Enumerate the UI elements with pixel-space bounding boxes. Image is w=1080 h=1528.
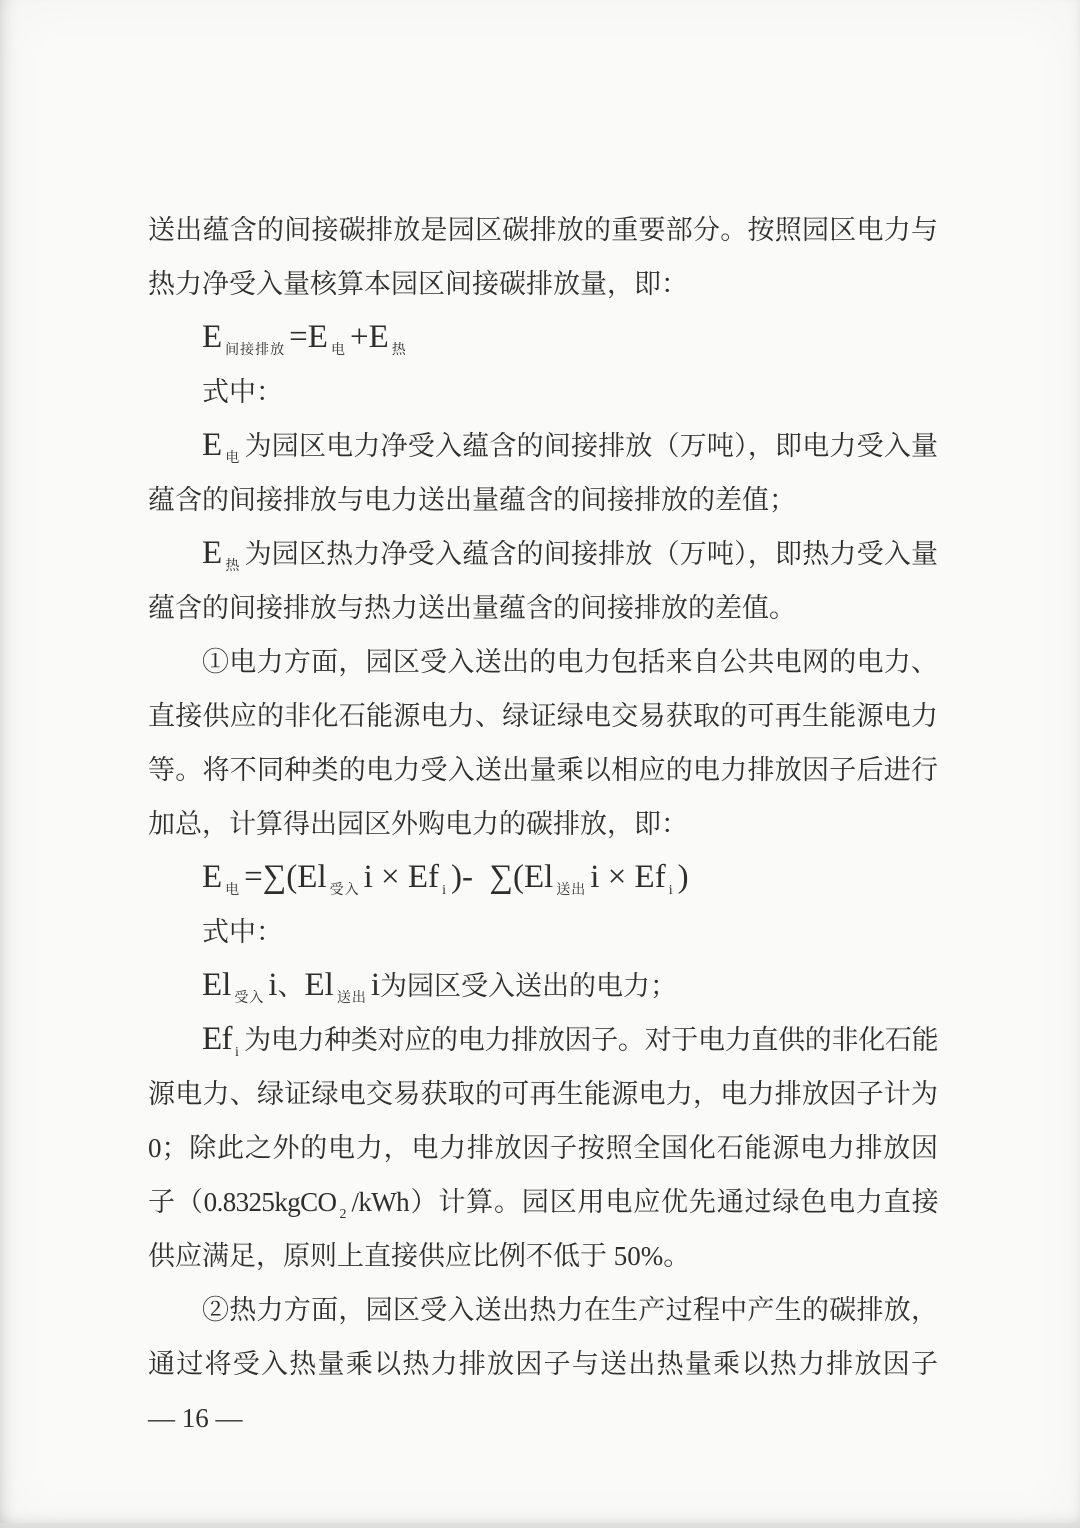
- text-run: 、: [278, 971, 305, 1001]
- subscript: 热: [225, 559, 240, 574]
- text-run: 通过将受入热量乘以热力排放因子与送出热量乘以热力排放因子: [148, 1349, 938, 1379]
- text-line: 式中：: [148, 365, 938, 419]
- page-number: — 16 —: [148, 1391, 243, 1445]
- text-line: ②热力方面，园区受入送出热力在生产过程中产生的碳排放，: [148, 1283, 938, 1337]
- text-line: Efi为电力种类对应的电力排放因子。对于电力直供的非化石能: [148, 1013, 938, 1067]
- subscript: 受入: [234, 991, 264, 1006]
- text-run: 式中：: [202, 377, 283, 407]
- subscript: 电: [331, 343, 346, 358]
- text-run: 蕴含的间接排放与热力送出量蕴含的间接排放的差值。: [148, 593, 796, 623]
- text-run: 为园区电力净受入蕴含的间接排放（万吨），即电力受入量: [245, 431, 938, 461]
- text-run: 为电力种类对应的电力排放因子。对于电力直供的非化石能: [244, 1025, 938, 1055]
- formula-symbol: El: [305, 967, 334, 1003]
- formula-line: E电=∑(El受入i × Efi)- ∑(El送出i × Efi): [148, 851, 938, 905]
- subscript: 热: [392, 343, 407, 358]
- text-run: 为园区受入送出的电力；: [380, 971, 677, 1001]
- formula-symbol: =E: [289, 319, 328, 355]
- formula-symbol: i × Ef: [590, 859, 665, 895]
- text-run: 热力净受入量核算本园区间接碳排放量，即：: [148, 269, 688, 299]
- text-run: 为园区热力净受入蕴含的间接排放（万吨），即热力受入量: [245, 539, 938, 569]
- text-block: 送出蕴含的间接碳排放是园区碳排放的重要部分。按照园区电力与热力净受入量核算本园区…: [148, 203, 938, 1391]
- text-run: /kWh）计算。园区用电应优先通过绿色电力直接: [351, 1187, 938, 1217]
- formula-symbol: Ef: [202, 1021, 232, 1057]
- formula-symbol: i: [371, 967, 380, 1003]
- text-run: 蕴含的间接排放与电力送出量蕴含的间接排放的差值；: [148, 485, 796, 515]
- formula-symbol: E: [202, 535, 222, 571]
- text-line: 送出蕴含的间接碳排放是园区碳排放的重要部分。按照园区电力与: [148, 203, 938, 257]
- text-run: ①电力方面，园区受入送出的电力包括来自公共电网的电力、: [202, 647, 938, 677]
- scan-edge-shadow: [0, 1523, 1080, 1528]
- text-line: 通过将受入热量乘以热力排放因子与送出热量乘以热力排放因子: [148, 1337, 938, 1391]
- text-run: 式中：: [202, 917, 283, 947]
- formula-symbol: E: [202, 859, 222, 895]
- text-line: E电为园区电力净受入蕴含的间接排放（万吨），即电力受入量: [148, 419, 938, 473]
- formula-symbol: i × Ef: [364, 859, 439, 895]
- text-line: 式中：: [148, 905, 938, 959]
- subscript: 间接排放: [225, 343, 285, 358]
- text-line: 供应满足，原则上直接供应比例不低于 50%。: [148, 1229, 938, 1283]
- text-line: 子（0.8325kgCO2/kWh）计算。园区用电应优先通过绿色电力直接: [148, 1175, 938, 1229]
- subscript: 送出: [337, 991, 367, 1006]
- formula-symbol: +E: [350, 319, 389, 355]
- text-line: 源电力、绿证绿电交易获取的可再生能源电力，电力排放因子计为: [148, 1067, 938, 1121]
- formula-symbol: =∑(El: [244, 859, 326, 895]
- text-run: 0；除此之外的电力，电力排放因子按照全国化石能源电力排放因: [148, 1133, 938, 1163]
- document-page: 送出蕴含的间接碳排放是园区碳排放的重要部分。按照园区电力与热力净受入量核算本园区…: [0, 0, 1080, 1528]
- text-line: 等。将不同种类的电力受入送出量乘以相应的电力排放因子后进行: [148, 743, 938, 797]
- subscript: 受入: [330, 883, 360, 898]
- formula-line: El受入i、El送出i为园区受入送出的电力；: [148, 959, 938, 1013]
- text-run: 供应满足，原则上直接供应比例不低于 50%。: [148, 1241, 690, 1271]
- text-line: 加总，计算得出园区外购电力的碳排放，即：: [148, 797, 938, 851]
- subscript: 电: [225, 451, 240, 466]
- text-line: 直接供应的非化石能源电力、绿证绿电交易获取的可再生能源电力: [148, 689, 938, 743]
- text-run: 子（0.8325kgCO: [148, 1187, 336, 1217]
- formula-symbol: ): [678, 859, 689, 895]
- text-run: 源电力、绿证绿电交易获取的可再生能源电力，电力排放因子计为: [148, 1079, 938, 1109]
- text-line: 热力净受入量核算本园区间接碳排放量，即：: [148, 257, 938, 311]
- formula-symbol: )- ∑(El: [451, 859, 553, 895]
- formula-symbol: E: [202, 319, 222, 355]
- subscript: i: [235, 1045, 240, 1060]
- text-run: ②热力方面，园区受入送出热力在生产过程中产生的碳排放，: [202, 1295, 938, 1325]
- subscript: 2: [339, 1207, 347, 1222]
- text-run: 直接供应的非化石能源电力、绿证绿电交易获取的可再生能源电力: [148, 701, 938, 731]
- formula-line: E间接排放=E电+E热: [148, 311, 938, 365]
- text-line: 0；除此之外的电力，电力排放因子按照全国化石能源电力排放因: [148, 1121, 938, 1175]
- subscript: i: [442, 883, 447, 898]
- formula-symbol: i: [268, 967, 277, 1003]
- text-run: 加总，计算得出园区外购电力的碳排放，即：: [148, 809, 688, 839]
- formula-symbol: E: [202, 427, 222, 463]
- text-line: 蕴含的间接排放与电力送出量蕴含的间接排放的差值；: [148, 473, 938, 527]
- text-run: 等。将不同种类的电力受入送出量乘以相应的电力排放因子后进行: [148, 755, 938, 785]
- subscript: 电: [225, 883, 240, 898]
- text-line: 蕴含的间接排放与热力送出量蕴含的间接排放的差值。: [148, 581, 938, 635]
- formula-symbol: El: [202, 967, 231, 1003]
- text-line: E热为园区热力净受入蕴含的间接排放（万吨），即热力受入量: [148, 527, 938, 581]
- text-run: 送出蕴含的间接碳排放是园区碳排放的重要部分。按照园区电力与: [148, 215, 938, 245]
- subscript: 送出: [556, 883, 586, 898]
- subscript: i: [669, 883, 674, 898]
- text-line: ①电力方面，园区受入送出的电力包括来自公共电网的电力、: [148, 635, 938, 689]
